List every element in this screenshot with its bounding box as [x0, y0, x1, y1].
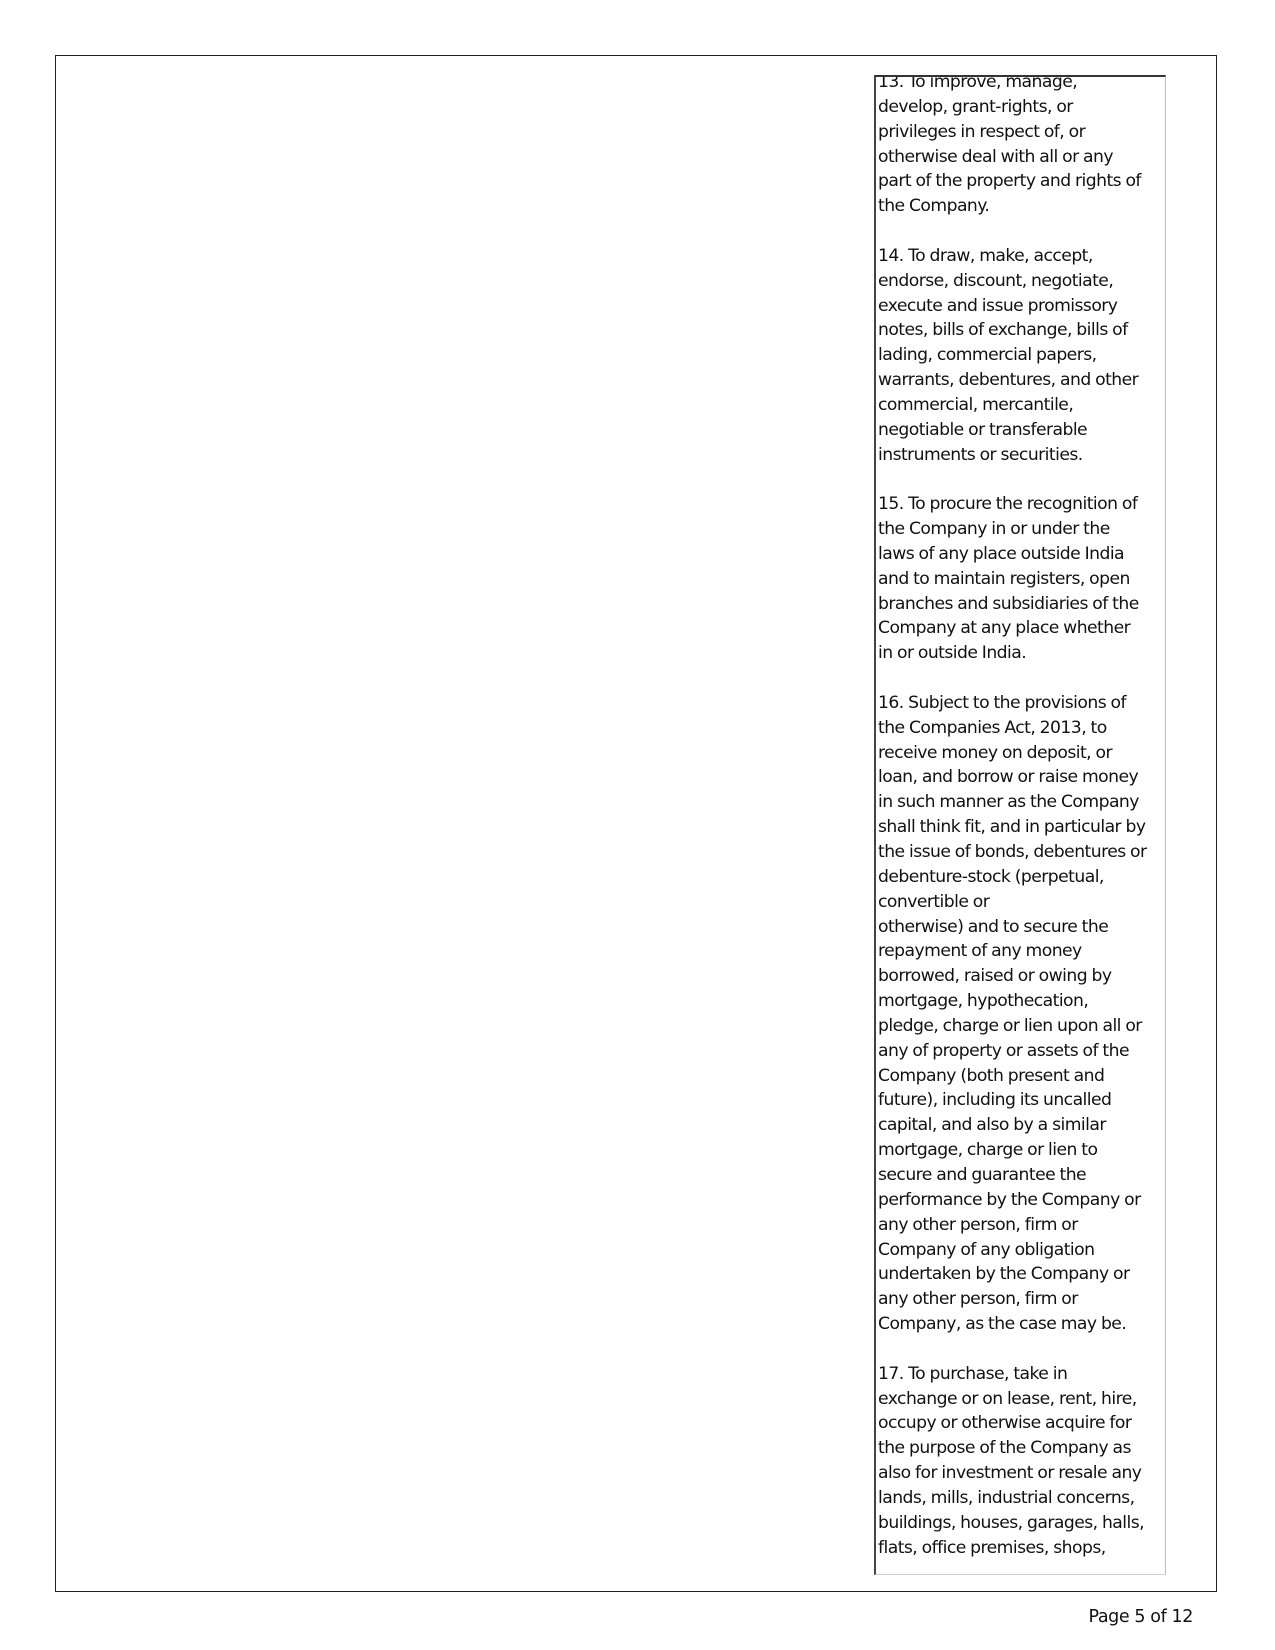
- clause-14: 14. To draw, make, accept, endorse, disc…: [878, 244, 1165, 468]
- page-number: Page 5 of 12: [1088, 1607, 1193, 1627]
- clause-16: 16. Subject to the provisions of the Com…: [878, 691, 1165, 1337]
- objects-clause-column: 13. To improve, manage, develop, grant-r…: [874, 75, 1166, 1575]
- clause-13: 13. To improve, manage, develop, grant-r…: [878, 75, 1165, 219]
- clause-17: 17. To purchase, take in exchange or on …: [878, 1362, 1165, 1561]
- clause-15: 15. To procure the recognition of the Co…: [878, 492, 1165, 666]
